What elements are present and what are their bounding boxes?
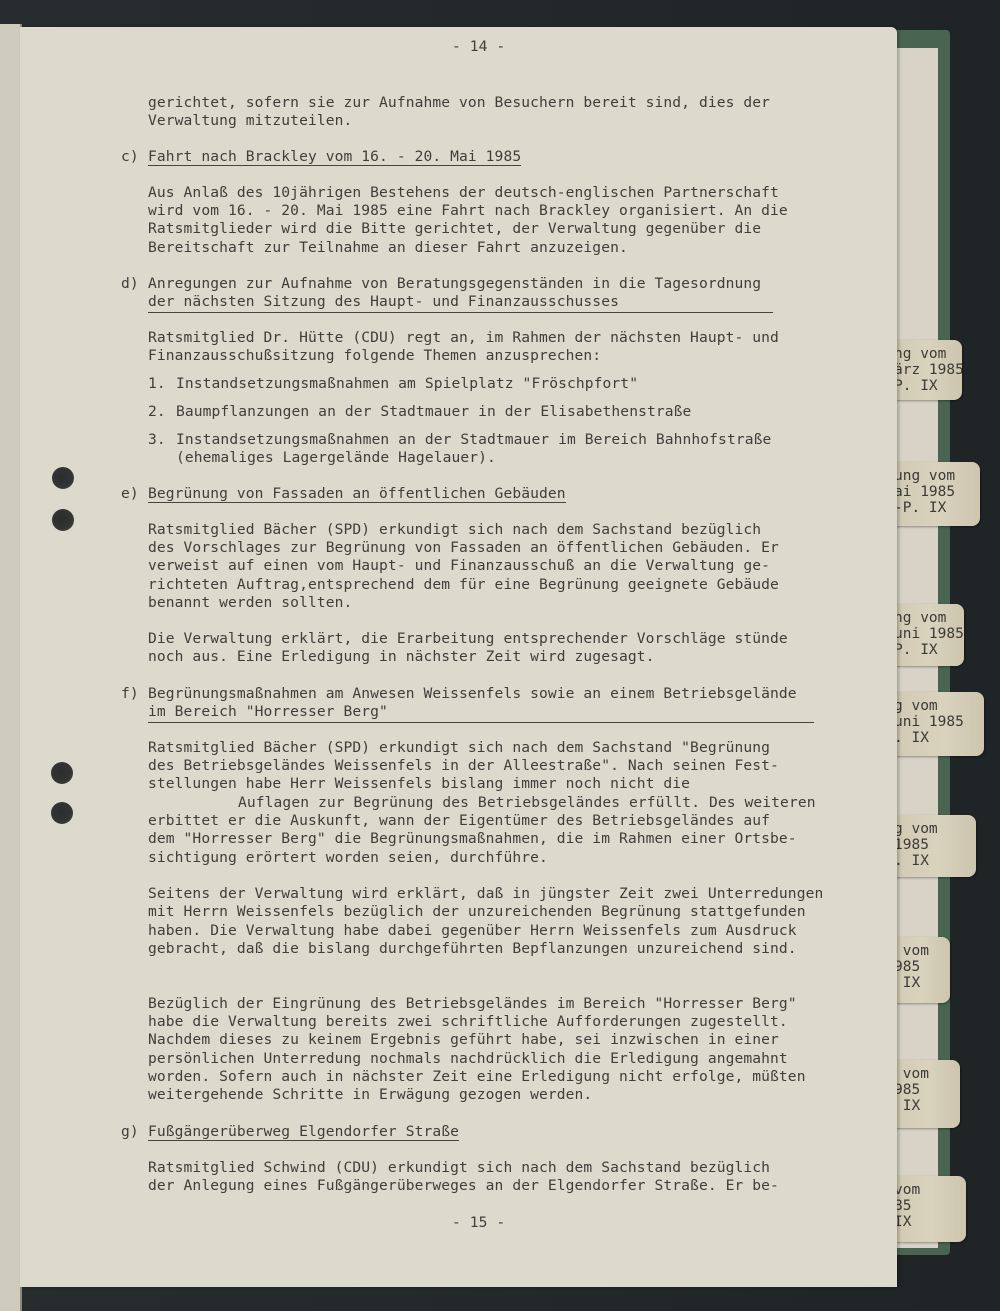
heading-text: Fahrt nach Brackley vom 16. - 20. Mai 19… — [148, 148, 521, 166]
section-heading-f: im Bereich "Horresser Berg" — [148, 703, 388, 721]
list-item-number: 3. — [148, 431, 166, 449]
paragraph-line: Finanzausschußsitzung folgende Themen an… — [148, 347, 601, 365]
section-marker-e: e) — [121, 485, 139, 503]
section-heading-d: der nächsten Sitzung des Haupt- und Fina… — [148, 293, 619, 311]
paragraph-line: Bezüglich der Eingrünung des Betriebsgel… — [148, 995, 797, 1013]
list-item: Instandsetzungsmaßnahmen an der Stadtmau… — [176, 431, 771, 449]
section-marker-g: g) — [121, 1123, 139, 1141]
section-heading-e: Begrünung von Fassaden an öffentlichen G… — [148, 485, 566, 503]
heading-text: Begrünung von Fassaden an öffentlichen G… — [148, 485, 566, 503]
paragraph-line: Ratsmitglied Bächer (SPD) erkundigt sich… — [148, 521, 761, 539]
paragraph-line: Ratsmitglied Dr. Hütte (CDU) regt an, im… — [148, 329, 779, 347]
paragraph-line: richteten Auftrag,entsprechend dem für e… — [148, 576, 779, 594]
list-item: Instandsetzungsmaßnahmen am Spielplatz "… — [176, 375, 638, 393]
document-text: - 14 - gerichtet, sofern sie zur Aufnahm… — [0, 0, 1000, 1311]
paragraph-line: Auflagen zur Begrünung des Betriebsgelän… — [238, 794, 816, 812]
section-heading-f: Begrünungsmaßnahmen am Anwesen Weissenfe… — [148, 685, 797, 703]
paragraph-line: Bereitschaft zur Teilnahme an dieser Fah… — [148, 239, 628, 257]
paragraph-line: stellungen habe Herr Weissenfels bislang… — [148, 775, 690, 793]
paragraph-line: Ratsmitglied Schwind (CDU) erkundigt sic… — [148, 1159, 770, 1177]
paragraph-line: erbittet er die Auskunft, wann der Eigen… — [148, 812, 770, 830]
list-item-number: 2. — [148, 403, 166, 421]
paragraph-line: Ratsmitglied Bächer (SPD) erkundigt sich… — [148, 739, 770, 757]
section-heading-d: Anregungen zur Aufnahme von Beratungsgeg… — [148, 275, 761, 293]
section-marker-c: c) — [121, 148, 139, 166]
heading-text: Fußgängerüberweg Elgendorfer Straße — [148, 1123, 459, 1141]
section-marker-f: f) — [121, 685, 139, 703]
paragraph-line: sichtigung erörtert worden seien, durchf… — [148, 849, 548, 867]
paragraph-line: Seitens der Verwaltung wird erklärt, daß… — [148, 885, 823, 903]
paragraph-line: persönlichen Unterredung nochmals nachdr… — [148, 1050, 788, 1068]
heading-underline — [148, 722, 814, 723]
list-item: (ehemaliges Lagergelände Hagelauer). — [176, 449, 496, 467]
page-number-top: - 14 - — [452, 38, 505, 56]
paragraph-line: Nachdem dieses zu keinem Ergebnis geführ… — [148, 1031, 779, 1049]
paragraph-line: Aus Anlaß des 10jährigen Bestehens der d… — [148, 184, 779, 202]
paragraph-line: gebracht, daß die bislang durchgeführten… — [148, 940, 797, 958]
heading-underline — [148, 312, 773, 313]
paragraph-line: haben. Die Verwaltung habe dabei gegenüb… — [148, 922, 797, 940]
paragraph-line: wird vom 16. - 20. Mai 1985 eine Fahrt n… — [148, 202, 788, 220]
paragraph-line: weitergehende Schritte in Erwägung gezog… — [148, 1086, 592, 1104]
section-heading-g: Fußgängerüberweg Elgendorfer Straße — [148, 1123, 459, 1141]
list-item-number: 1. — [148, 375, 166, 393]
paragraph-line: des Betriebsgeländes Weissenfels in der … — [148, 757, 779, 775]
page-number-bottom: - 15 - — [452, 1214, 505, 1232]
paragraph-line: dem "Horresser Berg" die Begrünungsmaßna… — [148, 830, 797, 848]
intro-line: Verwaltung mitzuteilen. — [148, 112, 352, 130]
paragraph-line: des Vorschlages zur Begrünung von Fassad… — [148, 539, 779, 557]
paragraph-line: der Anlegung eines Fußgängerüberweges an… — [148, 1177, 779, 1195]
paragraph-line: benannt werden sollten. — [148, 594, 352, 612]
paragraph-line: noch aus. Eine Erledigung in nächster Ze… — [148, 648, 655, 666]
section-marker-d: d) — [121, 275, 139, 293]
paragraph-line: Ratsmitglieder wird die Bitte gerichtet,… — [148, 220, 761, 238]
paragraph-line: worden. Sofern auch in nächster Zeit ein… — [148, 1068, 806, 1086]
paragraph-line: mit Herrn Weissenfels bezüglich der unzu… — [148, 903, 806, 921]
list-item: Baumpflanzungen an der Stadtmauer in der… — [176, 403, 691, 421]
intro-line: gerichtet, sofern sie zur Aufnahme von B… — [148, 94, 770, 112]
paragraph-line: habe die Verwaltung bereits zwei schrift… — [148, 1013, 788, 1031]
section-heading-c: Fahrt nach Brackley vom 16. - 20. Mai 19… — [148, 148, 521, 166]
paragraph-line: Die Verwaltung erklärt, die Erarbeitung … — [148, 630, 788, 648]
paragraph-line: verweist auf einen vom Haupt- und Finanz… — [148, 557, 770, 575]
